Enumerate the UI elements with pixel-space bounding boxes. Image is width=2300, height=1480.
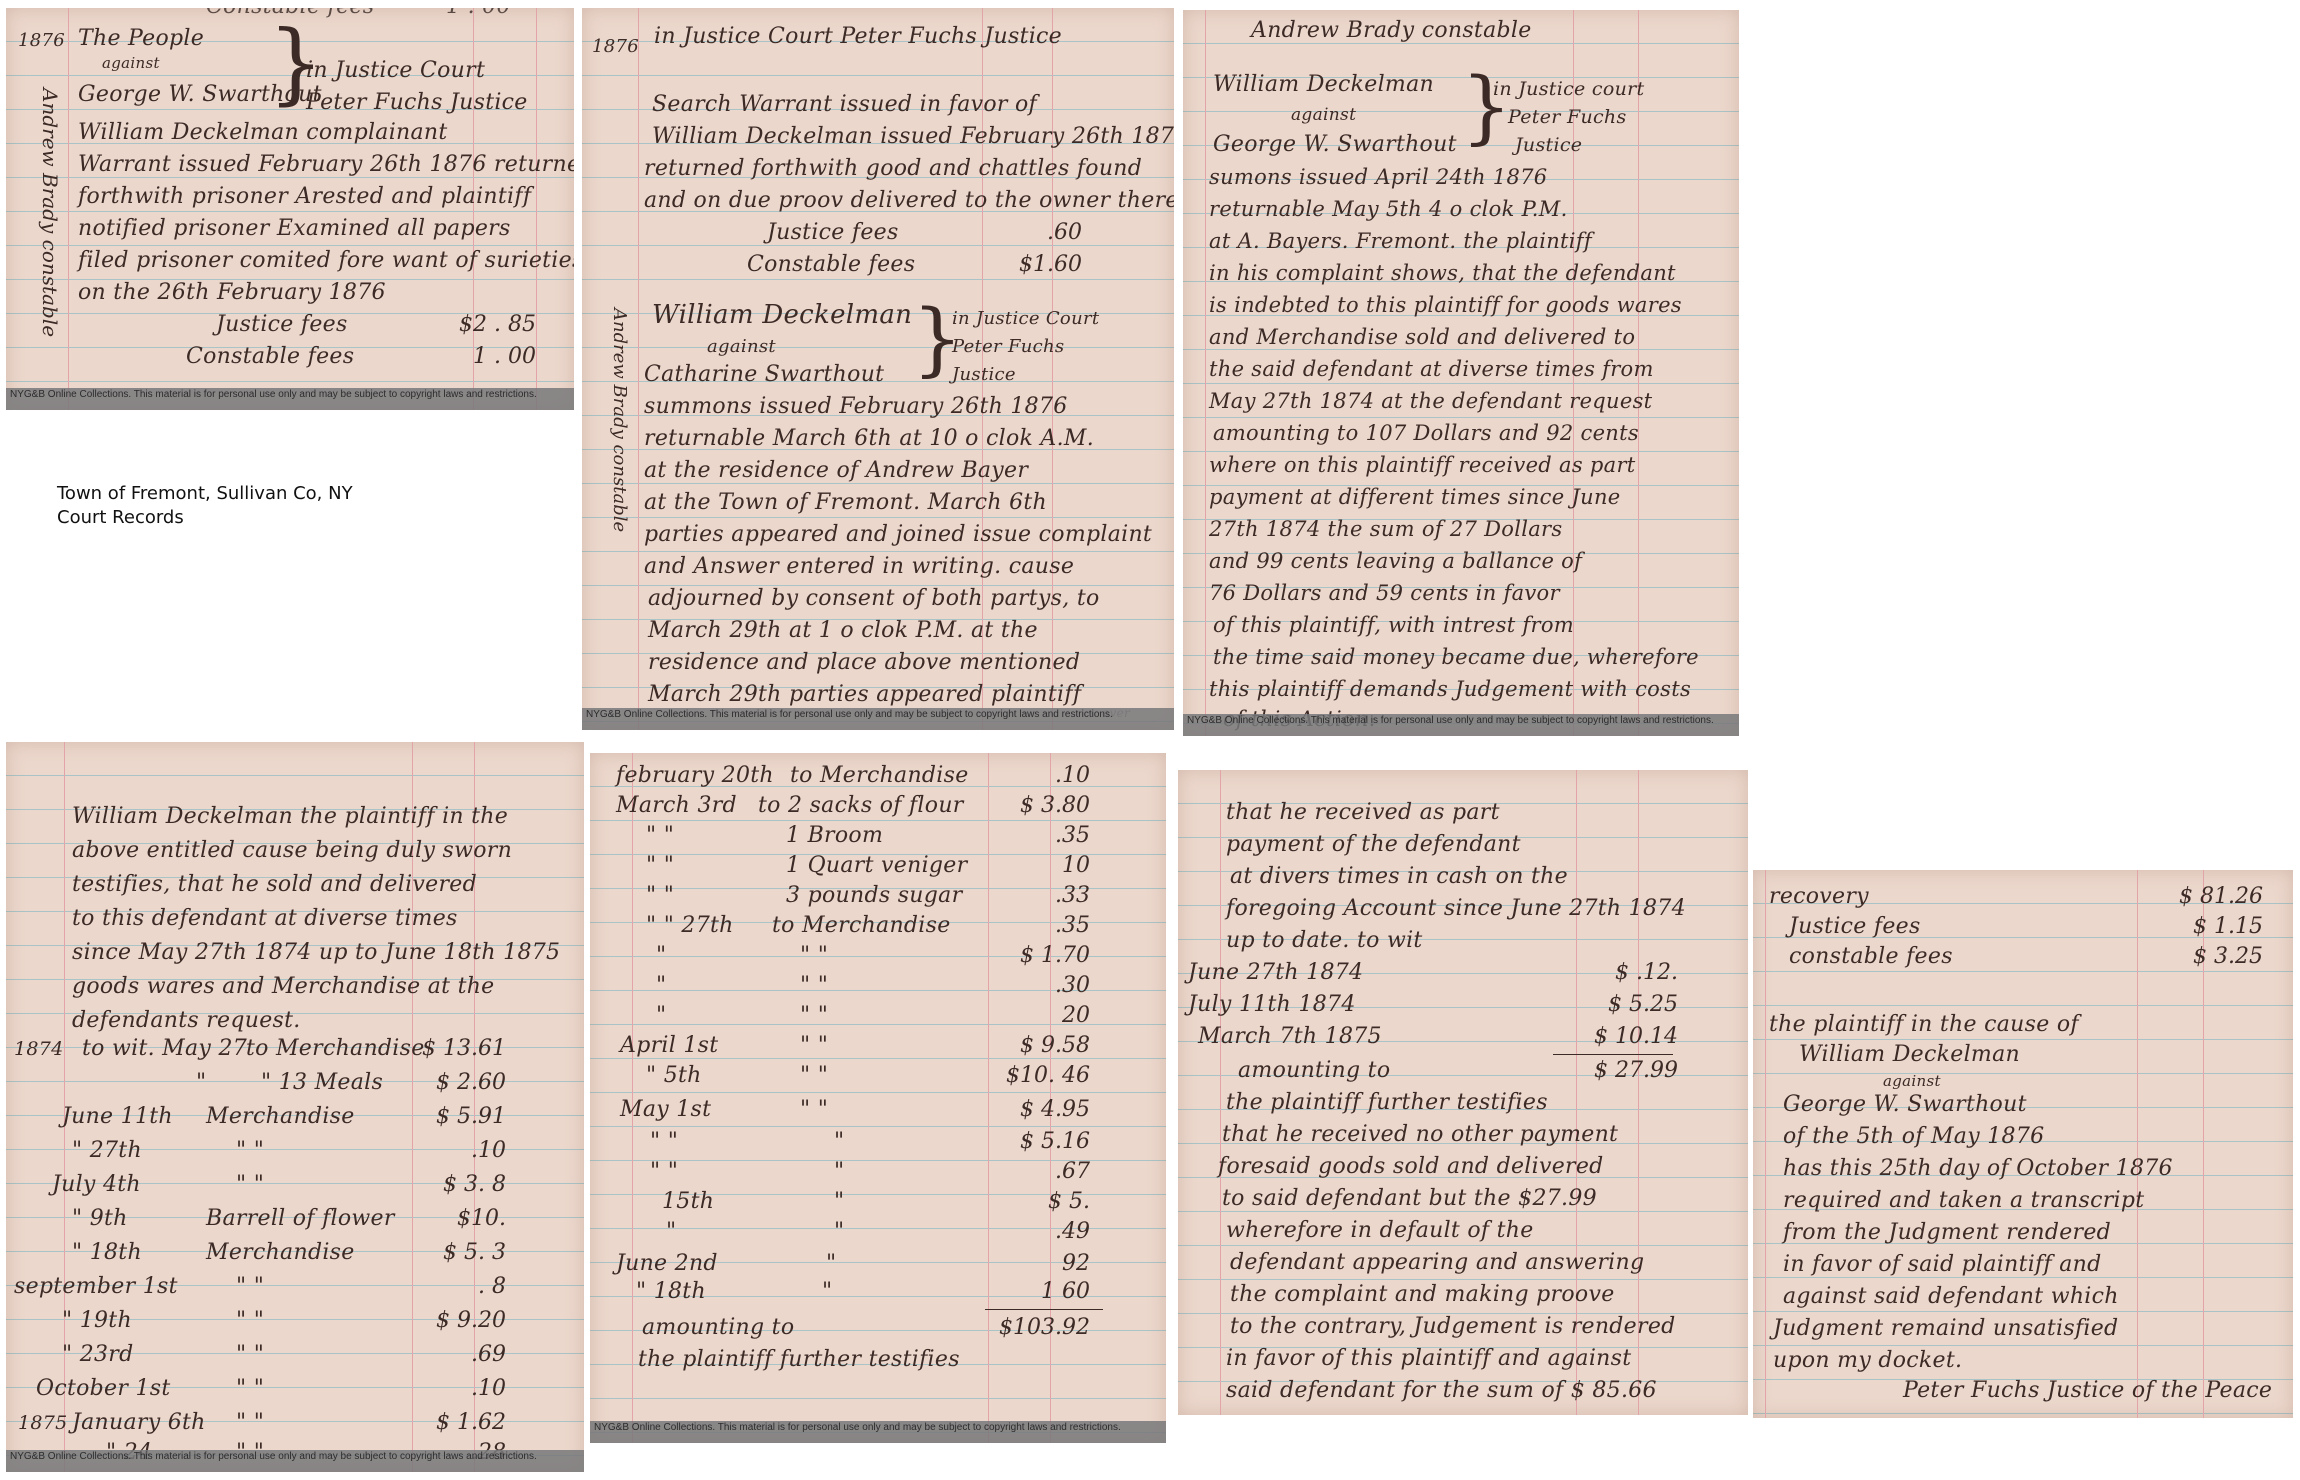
text-line: William Deckelman issued February 26th 1… <box>652 120 1174 154</box>
ledger-date: to wit. May 27 <box>82 1032 247 1066</box>
ledger-amount: $ 4.95 <box>970 1093 1090 1127</box>
ledger-date: " 18th <box>72 1236 142 1270</box>
fee-amount: $ 3.25 <box>2113 940 2263 974</box>
text-line: required and taken a transcript <box>1783 1184 2144 1218</box>
payment-date: July 11th 1874 <box>1188 988 1356 1022</box>
ledger-date: " 5th <box>646 1059 702 1093</box>
court-header: in Justice Court Peter Fuchs Justice <box>654 20 1062 54</box>
text-line: and 99 cents leaving a ballance of <box>1209 544 1582 578</box>
ledger-page-1: Constable fees 1 . 00 1876 The People ag… <box>6 8 574 410</box>
ledger-item: Merchandise <box>206 1100 355 1134</box>
text-line: March 29th parties appeared plaintiff <box>648 678 1081 712</box>
text-line: of the 5th of May 1876 <box>1783 1120 2044 1154</box>
text-line: the plaintiff further testifies <box>1226 1086 1548 1120</box>
text-line: to this defendant at diverse times <box>72 902 458 936</box>
court-label: in Justice Court <box>306 54 485 88</box>
text-line: forthwith prisoner Arested and plaintiff <box>78 180 531 214</box>
text-line: against said defendant which <box>1783 1280 2119 1314</box>
ledger-amount: $ 5.16 <box>970 1125 1090 1159</box>
copyright-watermark: NYG&B Online Collections. This material … <box>582 708 1174 730</box>
ledger-date: June 11th <box>62 1100 173 1134</box>
ledger-item: " " <box>236 1304 264 1338</box>
fee-label: recovery <box>1769 880 1869 914</box>
text-line: since May 27th 1874 up to June 18th 1875 <box>72 936 560 970</box>
ledger-item: " <box>834 1185 844 1219</box>
ledger-item: " 13 Meals <box>261 1066 383 1100</box>
ledger-amount: .10 <box>386 1134 506 1168</box>
ledger-amount: .69 <box>386 1338 506 1372</box>
ledger-amount: $ 5. 3 <box>386 1236 506 1270</box>
text-line: wherefore in default of the <box>1226 1214 1534 1248</box>
text-line: in favor of said plaintiff and <box>1783 1248 2102 1282</box>
text-line: upon my docket. <box>1773 1344 1962 1378</box>
ledger-date: " <box>656 999 666 1033</box>
text-line: has this 25th day of October 1876 <box>1783 1152 2173 1186</box>
text-line: March 29th at 1 o clok P.M. at the <box>648 614 1038 648</box>
text-line: up to date. to wit <box>1226 924 1423 958</box>
text-line: returned forthwith good and chattles fou… <box>644 152 1142 186</box>
text-line: defendant appearing and answering <box>1230 1246 1644 1280</box>
case-against: against <box>1291 98 1356 132</box>
year-label: 1876 <box>18 24 65 58</box>
ledger-amount: $ 1.70 <box>970 939 1090 973</box>
ledger-item: to 2 sacks of flour <box>758 789 964 823</box>
text-line: notified prisoner Examined all papers <box>78 212 511 246</box>
caption-line-2: Court Records <box>57 506 353 530</box>
text-line: the time said money became due, wherefor… <box>1213 640 1699 674</box>
year-label: 1876 <box>592 30 639 64</box>
case-defendant: George W. Swarthout <box>1783 1088 2027 1122</box>
ledger-date: february 20th <box>616 759 774 793</box>
ledger-amount: $ 5.91 <box>386 1100 506 1134</box>
text-line: returnable March 6th at 10 o clok A.M. <box>644 422 1094 456</box>
text-line: is indebted to this plaintiff for goods … <box>1209 288 1682 322</box>
text-line: Warrant issued February 26th 1876 return… <box>78 148 574 182</box>
ledger-item: " " <box>236 1270 264 1304</box>
payment-date: March 7th 1875 <box>1198 1020 1382 1054</box>
ledger-amount: .49 <box>970 1215 1090 1249</box>
payment-amount: $ 5.25 <box>1548 988 1678 1022</box>
text-line: the complaint and making proove <box>1230 1278 1615 1312</box>
ledger-page-5: february 20th to Merchandise .10 March 3… <box>590 753 1166 1443</box>
text-line: Judgment remaind unsatisfied <box>1773 1312 2118 1346</box>
fee-label: Constable fees <box>186 340 354 374</box>
fee-amount: $2 . 85 <box>406 308 536 342</box>
payment-amount: $ .12. <box>1548 956 1678 990</box>
text-line: parties appeared and joined issue compla… <box>644 518 1152 552</box>
fee-label: Justice fees <box>216 308 348 342</box>
text-line: amounting to 107 Dollars and 92 cents <box>1213 416 1639 450</box>
fee-amount: $ 1.15 <box>2113 910 2263 944</box>
ledger-item: " <box>822 1275 832 1309</box>
ledger-item: " " <box>800 1059 828 1093</box>
ledger-amount: .10 <box>970 759 1090 793</box>
ledger-date: " 23rd <box>62 1338 134 1372</box>
margin-constable-note: Andrew Brady constable <box>609 308 630 532</box>
text-line: 27th 1874 the sum of 27 Dollars <box>1209 512 1562 546</box>
text-line: the said defendant at diverse times from <box>1209 352 1654 386</box>
fee-amount: $ 81.26 <box>2113 880 2263 914</box>
case-defendant: Catharine Swarthout <box>644 358 884 392</box>
text-line: of this plaintiff, with intrest from <box>1213 608 1574 642</box>
text-line: from the Judgment rendered <box>1783 1216 2111 1250</box>
text-line: testifies, that he sold and delivered <box>72 868 477 902</box>
cut-off-amount: 1 . 00 <box>446 8 511 24</box>
ledger-amount: $ 9.58 <box>970 1029 1090 1063</box>
text-line: residence and place above mentioned <box>648 646 1080 680</box>
ledger-date: " 27th <box>72 1134 142 1168</box>
ledger-item: to Merchandise <box>772 909 951 943</box>
justice-label: Peter Fuchs Justice <box>306 86 528 120</box>
case-against: against <box>102 46 160 80</box>
justice-title: Justice <box>1515 128 1582 162</box>
ledger-amount: .35 <box>970 819 1090 853</box>
copyright-watermark: NYG&B Online Collections. This material … <box>6 1450 584 1472</box>
ledger-amount: $ 3. 8 <box>386 1168 506 1202</box>
text-line: sumons issued April 24th 1876 <box>1209 160 1547 194</box>
text-line: returnable May 5th 4 o clok P.M. <box>1209 192 1568 226</box>
text-line: William Deckelman the plaintiff in the <box>72 800 508 834</box>
text-line: at the residence of Andrew Bayer <box>644 454 1028 488</box>
ledger-item: " " <box>800 939 828 973</box>
fee-amount: .60 <box>982 216 1082 250</box>
ledger-amount: $ 1.62 <box>386 1406 506 1440</box>
text-line: in his complaint shows, that the defenda… <box>1209 256 1676 290</box>
ledger-date: " <box>656 939 666 973</box>
margin-constable-note: Andrew Brady constable <box>38 88 62 337</box>
ledger-item: Merchandise <box>206 1236 355 1270</box>
ledger-date: " " <box>646 879 674 913</box>
text-line: summons issued February 26th 1876 <box>644 390 1068 424</box>
text-line: on the 26th February 1876 <box>78 276 386 310</box>
ledger-amount: 10 <box>970 849 1090 883</box>
ledger-amount: .30 <box>970 969 1090 1003</box>
ledger-date: May 1st <box>620 1093 711 1127</box>
ledger-page-6: that he received as part payment of the … <box>1178 770 1748 1415</box>
text-line: the plaintiff further testifies <box>638 1343 960 1377</box>
text-line: at the Town of Fremont. March 6th <box>644 486 1047 520</box>
ledger-date: October 1st <box>36 1372 170 1406</box>
caption-line-1: Town of Fremont, Sullivan Co, NY <box>57 482 353 506</box>
fee-amount: 1 . 00 <box>406 340 536 374</box>
ledger-item: " " <box>800 1093 828 1127</box>
ledger-date: " " <box>650 1155 678 1189</box>
text-line: to said defendant but the $27.99 <box>1222 1182 1597 1216</box>
ledger-page-7: recovery $ 81.26 Justice fees $ 1.15 con… <box>1753 870 2293 1418</box>
total-label: amounting to <box>642 1311 794 1345</box>
ledger-amount: 1 60 <box>970 1275 1090 1309</box>
text-line: adjourned by consent of both partys, to <box>648 582 1100 616</box>
text-line: goods wares and Merchandise at the <box>72 970 495 1004</box>
total-amount: $ 27.99 <box>1548 1054 1678 1088</box>
ledger-item: Barrell of flower <box>206 1202 395 1236</box>
total-label: amounting to <box>1238 1054 1390 1088</box>
text-line: said defendant for the sum of $ 85.66 <box>1226 1374 1657 1408</box>
ledger-item: 1 Broom <box>786 819 883 853</box>
ledger-date: " <box>656 969 666 1003</box>
ledger-amount: $10. 46 <box>970 1059 1090 1093</box>
ledger-date: March 3rd <box>616 789 737 823</box>
ledger-item: 3 pounds sugar <box>786 879 962 913</box>
text-line: the plaintiff in the cause of <box>1769 1008 2079 1042</box>
fee-label: Justice fees <box>767 216 899 250</box>
ledger-date: " " <box>646 849 674 883</box>
text-line: above entitled cause being duly sworn <box>72 834 512 868</box>
text-line: William Deckelman complainant <box>78 116 448 150</box>
ledger-amount: $ 3.80 <box>970 789 1090 823</box>
fee-label: constable fees <box>1789 940 1953 974</box>
ledger-date: " 9th <box>72 1202 128 1236</box>
ledger-item: 1 Quart veniger <box>786 849 967 883</box>
ledger-date: september 1st <box>14 1270 178 1304</box>
text-line: and Answer entered in writing. cause <box>644 550 1074 584</box>
payment-amount: $ 10.14 <box>1548 1020 1678 1054</box>
ledger-amount: $10. <box>386 1202 506 1236</box>
ledger-item: " " <box>800 1029 828 1063</box>
ledger-date: " " 27th <box>646 909 734 943</box>
ledger-date: " " <box>650 1125 678 1159</box>
ledger-date: January 6th <box>72 1406 206 1440</box>
ledger-date: 15th <box>662 1185 714 1219</box>
ledger-page-3: Andrew Brady constable William Deckelman… <box>1183 10 1739 736</box>
ledger-date: " " <box>646 819 674 853</box>
ledger-amount: .67 <box>970 1155 1090 1189</box>
ledger-amount: .10 <box>386 1372 506 1406</box>
ledger-item: " <box>834 1125 844 1159</box>
ledger-year: 1875 <box>18 1406 68 1440</box>
case-plaintiff: William Deckelman <box>1213 68 1434 102</box>
text-line: at divers times in cash on the <box>1230 860 1568 894</box>
text-line: and on due proov delivered to the owner … <box>644 184 1174 218</box>
text-line: foresaid goods sold and delivered <box>1218 1150 1604 1184</box>
ledger-amount: .33 <box>970 879 1090 913</box>
ledger-page-2: 1876 in Justice Court Peter Fuchs Justic… <box>582 8 1174 730</box>
ledger-amount: . 8 <box>386 1270 506 1304</box>
ledger-amount: $ 13.61 <box>386 1032 506 1066</box>
justice-signature: Peter Fuchs Justice of the Peace <box>1903 1374 2272 1408</box>
ledger-date: July 4th <box>52 1168 141 1202</box>
copyright-watermark: NYG&B Online Collections. This material … <box>1183 714 1739 736</box>
ledger-item: " " <box>800 969 828 1003</box>
text-line: in favor of this plaintiff and against <box>1226 1342 1631 1376</box>
ledger-item: " " <box>236 1338 264 1372</box>
ledger-date: " 18th <box>636 1275 706 1309</box>
ledger-item: to Merchandise <box>790 759 969 793</box>
copyright-watermark: NYG&B Online Collections. This material … <box>590 1421 1166 1443</box>
case-plaintiff: William Deckelman <box>652 298 912 332</box>
ledger-item: " <box>834 1215 844 1249</box>
ledger-item: " " <box>236 1134 264 1168</box>
ledger-year: 1874 <box>14 1032 64 1066</box>
text-line: payment at different times since June <box>1209 480 1621 514</box>
case-defendant: George W. Swarthout <box>1213 128 1457 162</box>
ledger-item: " <box>834 1155 844 1189</box>
ledger-amount: .35 <box>970 909 1090 943</box>
text-line: filed prisoner comited fore want of suri… <box>78 244 574 278</box>
total-amount: $103.92 <box>960 1311 1090 1345</box>
copyright-watermark: NYG&B Online Collections. This material … <box>6 388 574 410</box>
text-line: and Merchandise sold and delivered to <box>1209 320 1635 354</box>
constable-header: Andrew Brady constable <box>1251 14 1532 48</box>
fee-label: Justice fees <box>1789 910 1921 944</box>
ledger-item: " " <box>236 1372 264 1406</box>
ledger-amount: $ 2.60 <box>386 1066 506 1100</box>
sum-rule <box>985 1309 1103 1310</box>
ledger-date: April 1st <box>620 1029 718 1063</box>
text-line: foregoing Account since June 27th 1874 <box>1226 892 1686 926</box>
ledger-date: " <box>196 1066 206 1100</box>
ledger-item: " " <box>236 1168 264 1202</box>
ledger-amount: $ 9.20 <box>386 1304 506 1338</box>
fee-amount: $1.60 <box>982 248 1082 282</box>
ledger-item: " " <box>236 1406 264 1440</box>
text-line: to the contrary, Judgement is rendered <box>1230 1310 1676 1344</box>
text-line: this plaintiff demands Judgement with co… <box>1209 672 1691 706</box>
ledger-amount: $ 5. <box>970 1185 1090 1219</box>
ledger-item: " " <box>800 999 828 1033</box>
text-line: at A. Bayers. Fremont. the plaintiff <box>1209 224 1592 258</box>
collection-caption: Town of Fremont, Sullivan Co, NY Court R… <box>57 482 353 530</box>
ledger-date: " 19th <box>62 1304 132 1338</box>
text-line: payment of the defendant <box>1226 828 1521 862</box>
payment-date: June 27th 1874 <box>1188 956 1363 990</box>
ledger-date: " <box>666 1215 676 1249</box>
text-line: that he received as part <box>1226 796 1500 830</box>
justice-title: Justice <box>952 358 1016 392</box>
text-line: Search Warrant issued in favor of <box>652 88 1037 122</box>
ledger-page-4: William Deckelman the plaintiff in the a… <box>6 742 584 1472</box>
fee-label: Constable fees <box>747 248 915 282</box>
text-line: where on this plaintiff received as part <box>1209 448 1636 482</box>
ledger-amount: 20 <box>970 999 1090 1033</box>
text-line: 76 Dollars and 59 cents in favor <box>1209 576 1560 610</box>
text-line: May 27th 1874 at the defendant request <box>1209 384 1652 418</box>
text-line: that he received no other payment <box>1222 1118 1618 1152</box>
